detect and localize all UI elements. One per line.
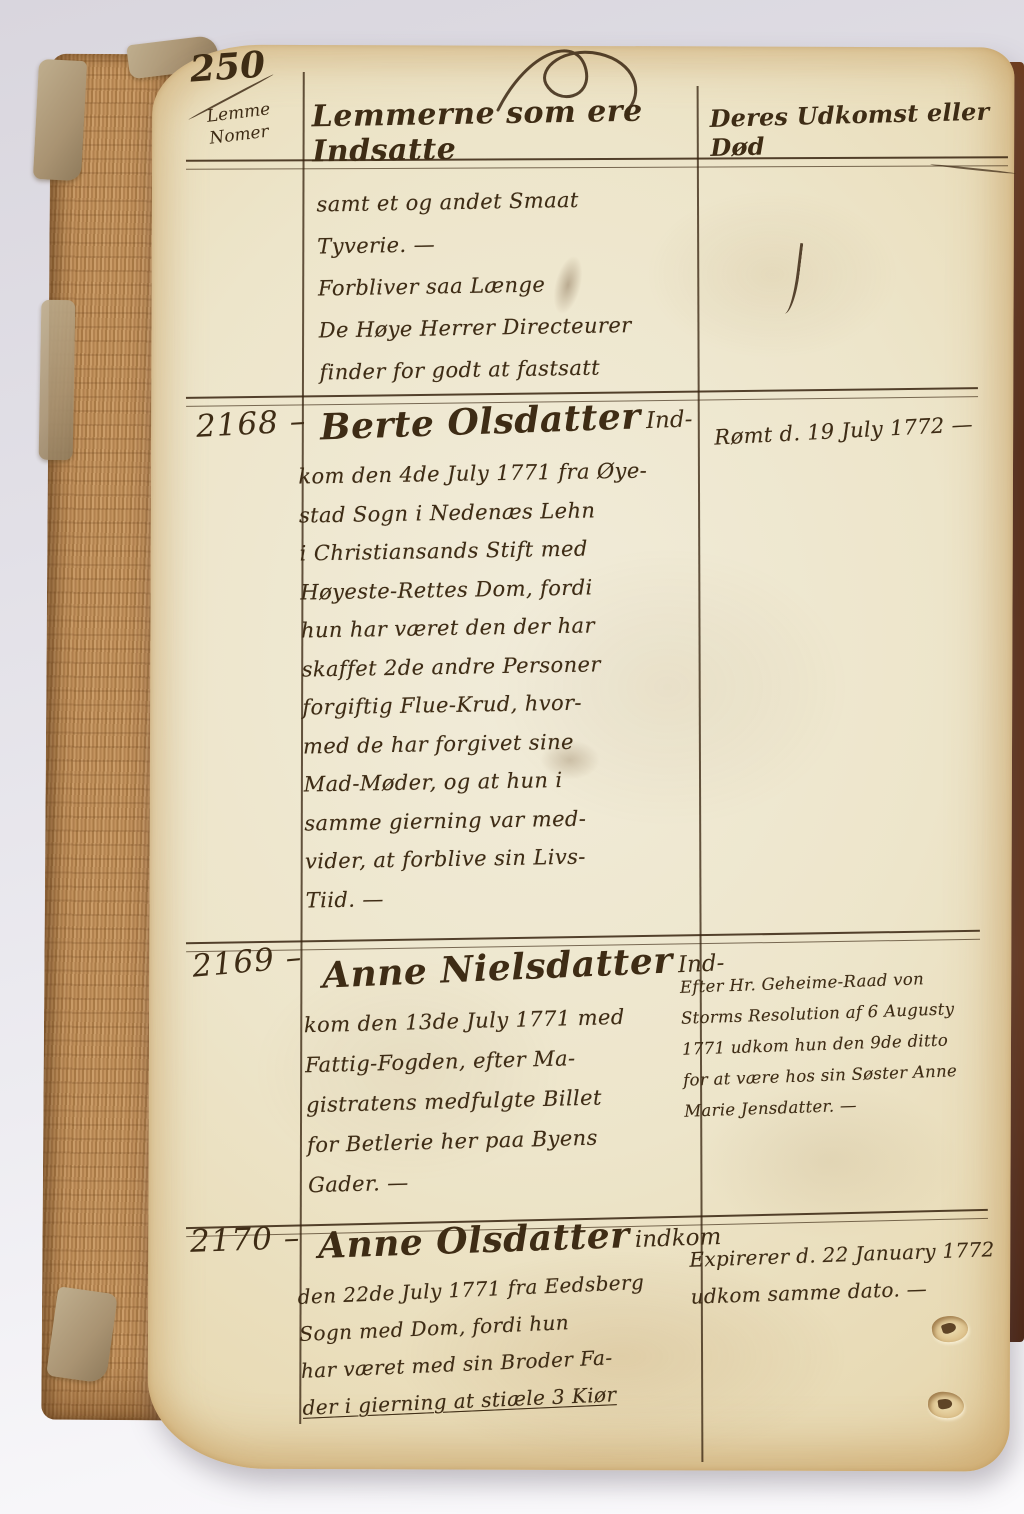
entry-text: samt et og andet SmaatTyverie. —Forblive… (316, 177, 720, 394)
torn-spine-fragment (39, 300, 76, 461)
entry-number: 2170 – (189, 1220, 300, 1260)
entry-text: den 22de July 1771 fra EedsbergSogn med … (297, 1261, 713, 1427)
entry-number: 2168 – (195, 403, 307, 445)
torn-spine-fragment (46, 1286, 118, 1383)
outcome-note: Expirerer d. 22 January 1772udkom samme … (689, 1230, 1021, 1315)
handwritten-line: Tiid. — (305, 874, 710, 920)
column-header-number: Lemme Nomer (206, 98, 275, 149)
handwritten-line: Forbliver saa Længe (318, 261, 719, 310)
paper-damage-hole (941, 1321, 957, 1335)
handwritten-line: Tyverie. — (317, 219, 718, 268)
column-header-inmates: Lemmerne som ere Indsatte (311, 93, 704, 170)
entry-text: kom den 13de July 1771 medFattig-Fogden,… (303, 995, 708, 1205)
handwritten-line: finder for godt at fastsatt (319, 344, 720, 393)
torn-spine-fragment (33, 59, 87, 181)
handwritten-line: samt et og andet Smaat (316, 177, 717, 226)
paper-damage-hole (937, 1398, 952, 1410)
outcome-note: Efter Hr. Geheime-Raad vonStorms Resolut… (679, 960, 1016, 1126)
handwritten-line: De Høye Herrer Directeurer (318, 303, 719, 352)
photographed-ledger-scene: 250 Lemme Nomer Lemmerne som ere Indsatt… (0, 0, 1024, 1514)
entry-text: kom den 4de July 1771 fra Øye-stad Sogn … (298, 451, 710, 920)
handwritten-line: kom den 4de July 1771 fra Øye- (298, 451, 703, 497)
name-suffix: Ind- (646, 407, 693, 435)
column-header-outcome: Deres Udkomst eller Død (709, 96, 1012, 162)
